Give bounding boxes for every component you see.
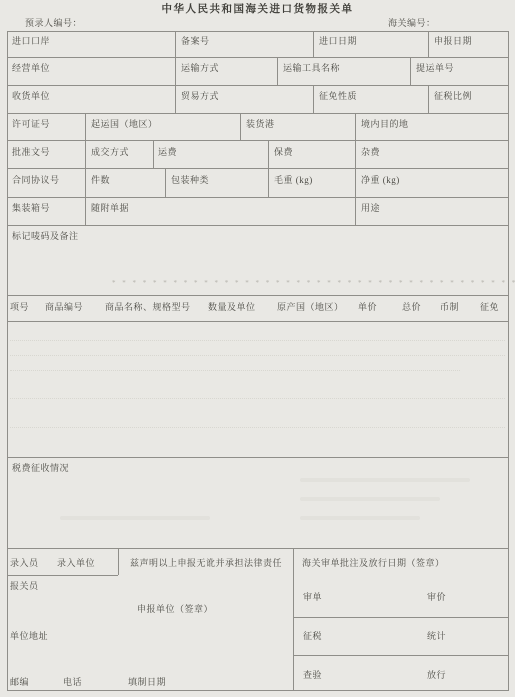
field-operating-unit-label: 经营单位 (12, 63, 50, 73)
unit-address-label: 单位地址 (10, 631, 48, 641)
field-tax-ratio-label: 征税比例 (434, 91, 472, 101)
field-packages-label: 件数 (91, 175, 110, 185)
goods-col-name-spec: 商品名称、规格型号 (105, 302, 191, 312)
grid-line-v (175, 31, 176, 113)
grid-line-v (153, 140, 154, 168)
goods-col-unit-price: 单价 (358, 302, 377, 312)
grid-line-v (277, 57, 278, 85)
field-trade-mode-label: 贸易方式 (181, 91, 219, 101)
pre-entry-no-label: 预录人编号： (25, 18, 82, 28)
field-import-date-label: 进口日期 (319, 36, 357, 46)
bleed-artifact (10, 398, 505, 399)
grid-line-h (7, 321, 509, 322)
field-record-no-label: 备案号 (181, 36, 210, 46)
field-origin-country-label: 起运国（地区） (91, 119, 158, 129)
entry-unit-label: 录入单位 (57, 558, 95, 568)
form-title: 中华人民共和国海关进口货物报关单 (0, 4, 515, 16)
field-transport-name-label: 运输工具名称 (283, 63, 340, 73)
field-license-no-label: 许可证号 (12, 119, 50, 129)
grid-line-h (7, 85, 509, 86)
statistics-label: 统计 (427, 631, 446, 641)
grid-line-v (240, 113, 241, 140)
goods-col-origin: 原产国（地区） (277, 302, 344, 312)
field-freight-label: 运费 (158, 147, 177, 157)
grid-line-v (313, 85, 314, 113)
field-import-port-label: 进口口岸 (12, 36, 50, 46)
phone-label: 电话 (63, 677, 82, 687)
customs-endorsement-label: 海关审单批注及放行日期（签章） (302, 558, 445, 568)
declaration-statement: 兹声明以上申报无讹并承担法律责任 (130, 558, 282, 568)
field-destination-label: 境内目的地 (361, 119, 409, 129)
import-declaration-form: 中华人民共和国海关进口货物报关单 预录人编号： 海关编号： 进口口岸 备案号 进… (0, 0, 515, 697)
fill-date-label: 填制日期 (128, 677, 166, 687)
bleed-artifact (300, 478, 470, 482)
bleed-artifact (60, 516, 210, 520)
field-net-weight-label: 净重 (kg) (361, 175, 400, 185)
grid-line-h (7, 295, 509, 296)
grid-line-h (7, 457, 509, 458)
inspection-label: 查验 (303, 670, 322, 680)
field-misc-fees-label: 杂费 (361, 147, 380, 157)
field-contract-no-label: 合同协议号 (12, 175, 60, 185)
marks-remarks-label: 标记唛码及备注 (12, 231, 79, 241)
grid-line-h (7, 57, 509, 58)
release-label: 放行 (427, 670, 446, 680)
grid-line-h (7, 140, 509, 141)
grid-line-h (7, 225, 509, 226)
bleed-artifact (10, 427, 505, 428)
field-package-type-label: 包装种类 (171, 175, 209, 185)
goods-col-item-no: 项号 (10, 302, 29, 312)
bleed-artifact (300, 516, 420, 520)
grid-line-v (85, 113, 86, 225)
bleed-artifact (300, 497, 440, 501)
goods-col-levy-exempt: 征免 (480, 302, 499, 312)
grid-line-v (410, 57, 411, 85)
grid-line-h (7, 197, 509, 198)
doc-review-label: 审单 (303, 592, 322, 602)
field-consignee-label: 收货单位 (12, 91, 50, 101)
bleed-artifact (10, 370, 460, 371)
field-usage-label: 用途 (361, 203, 380, 213)
grid-line-v (313, 31, 314, 57)
field-container-no-label: 集装箱号 (12, 203, 50, 213)
grid-line-v (508, 31, 509, 691)
grid-line-v (118, 548, 119, 575)
customs-no-label: 海关编号： (388, 18, 436, 28)
field-bill-no-label: 提运单号 (416, 63, 454, 73)
taxation-label: 征税 (303, 631, 322, 641)
field-approval-no-label: 批准文号 (12, 147, 50, 157)
grid-line-h (7, 31, 509, 32)
grid-line-v (7, 31, 8, 691)
tax-collection-label: 税费征收情况 (12, 463, 69, 473)
grid-line-h (7, 690, 509, 691)
grid-line-h (7, 548, 509, 549)
asterisk-separator: * * * * * * * * * * * * * * * * * * * * … (112, 279, 515, 287)
grid-line-h (293, 655, 508, 656)
grid-line-v (428, 85, 429, 113)
grid-line-h (293, 617, 508, 618)
grid-line-v (165, 168, 166, 197)
grid-line-v (268, 140, 269, 197)
goods-col-total-price: 总价 (402, 302, 421, 312)
grid-line-h (7, 113, 509, 114)
entry-clerk-label: 录入员 (10, 558, 39, 568)
field-attached-docs-label: 随附单据 (91, 203, 129, 213)
goods-col-qty-unit: 数量及单位 (208, 302, 256, 312)
field-declare-date-label: 申报日期 (434, 36, 472, 46)
declarant-label: 报关员 (10, 581, 39, 591)
field-loading-port-label: 装货港 (246, 119, 275, 129)
field-levy-nature-label: 征免性质 (319, 91, 357, 101)
goods-col-commodity-code: 商品编号 (45, 302, 83, 312)
bleed-artifact (10, 355, 505, 356)
price-review-label: 审价 (427, 592, 446, 602)
grid-line-v (428, 31, 429, 57)
grid-line-v (293, 548, 294, 691)
grid-line-h (7, 575, 118, 576)
field-gross-weight-label: 毛重 (kg) (274, 175, 313, 185)
field-insurance-label: 保费 (274, 147, 293, 157)
goods-col-currency: 币制 (440, 302, 459, 312)
grid-line-h (7, 168, 509, 169)
bleed-artifact (10, 340, 505, 341)
field-transaction-mode-label: 成交方式 (91, 147, 129, 157)
grid-line-v (355, 113, 356, 225)
field-transport-mode-label: 运输方式 (181, 63, 219, 73)
postcode-label: 邮编 (10, 677, 29, 687)
declare-unit-sign-label: 申报单位（签章） (137, 604, 213, 614)
